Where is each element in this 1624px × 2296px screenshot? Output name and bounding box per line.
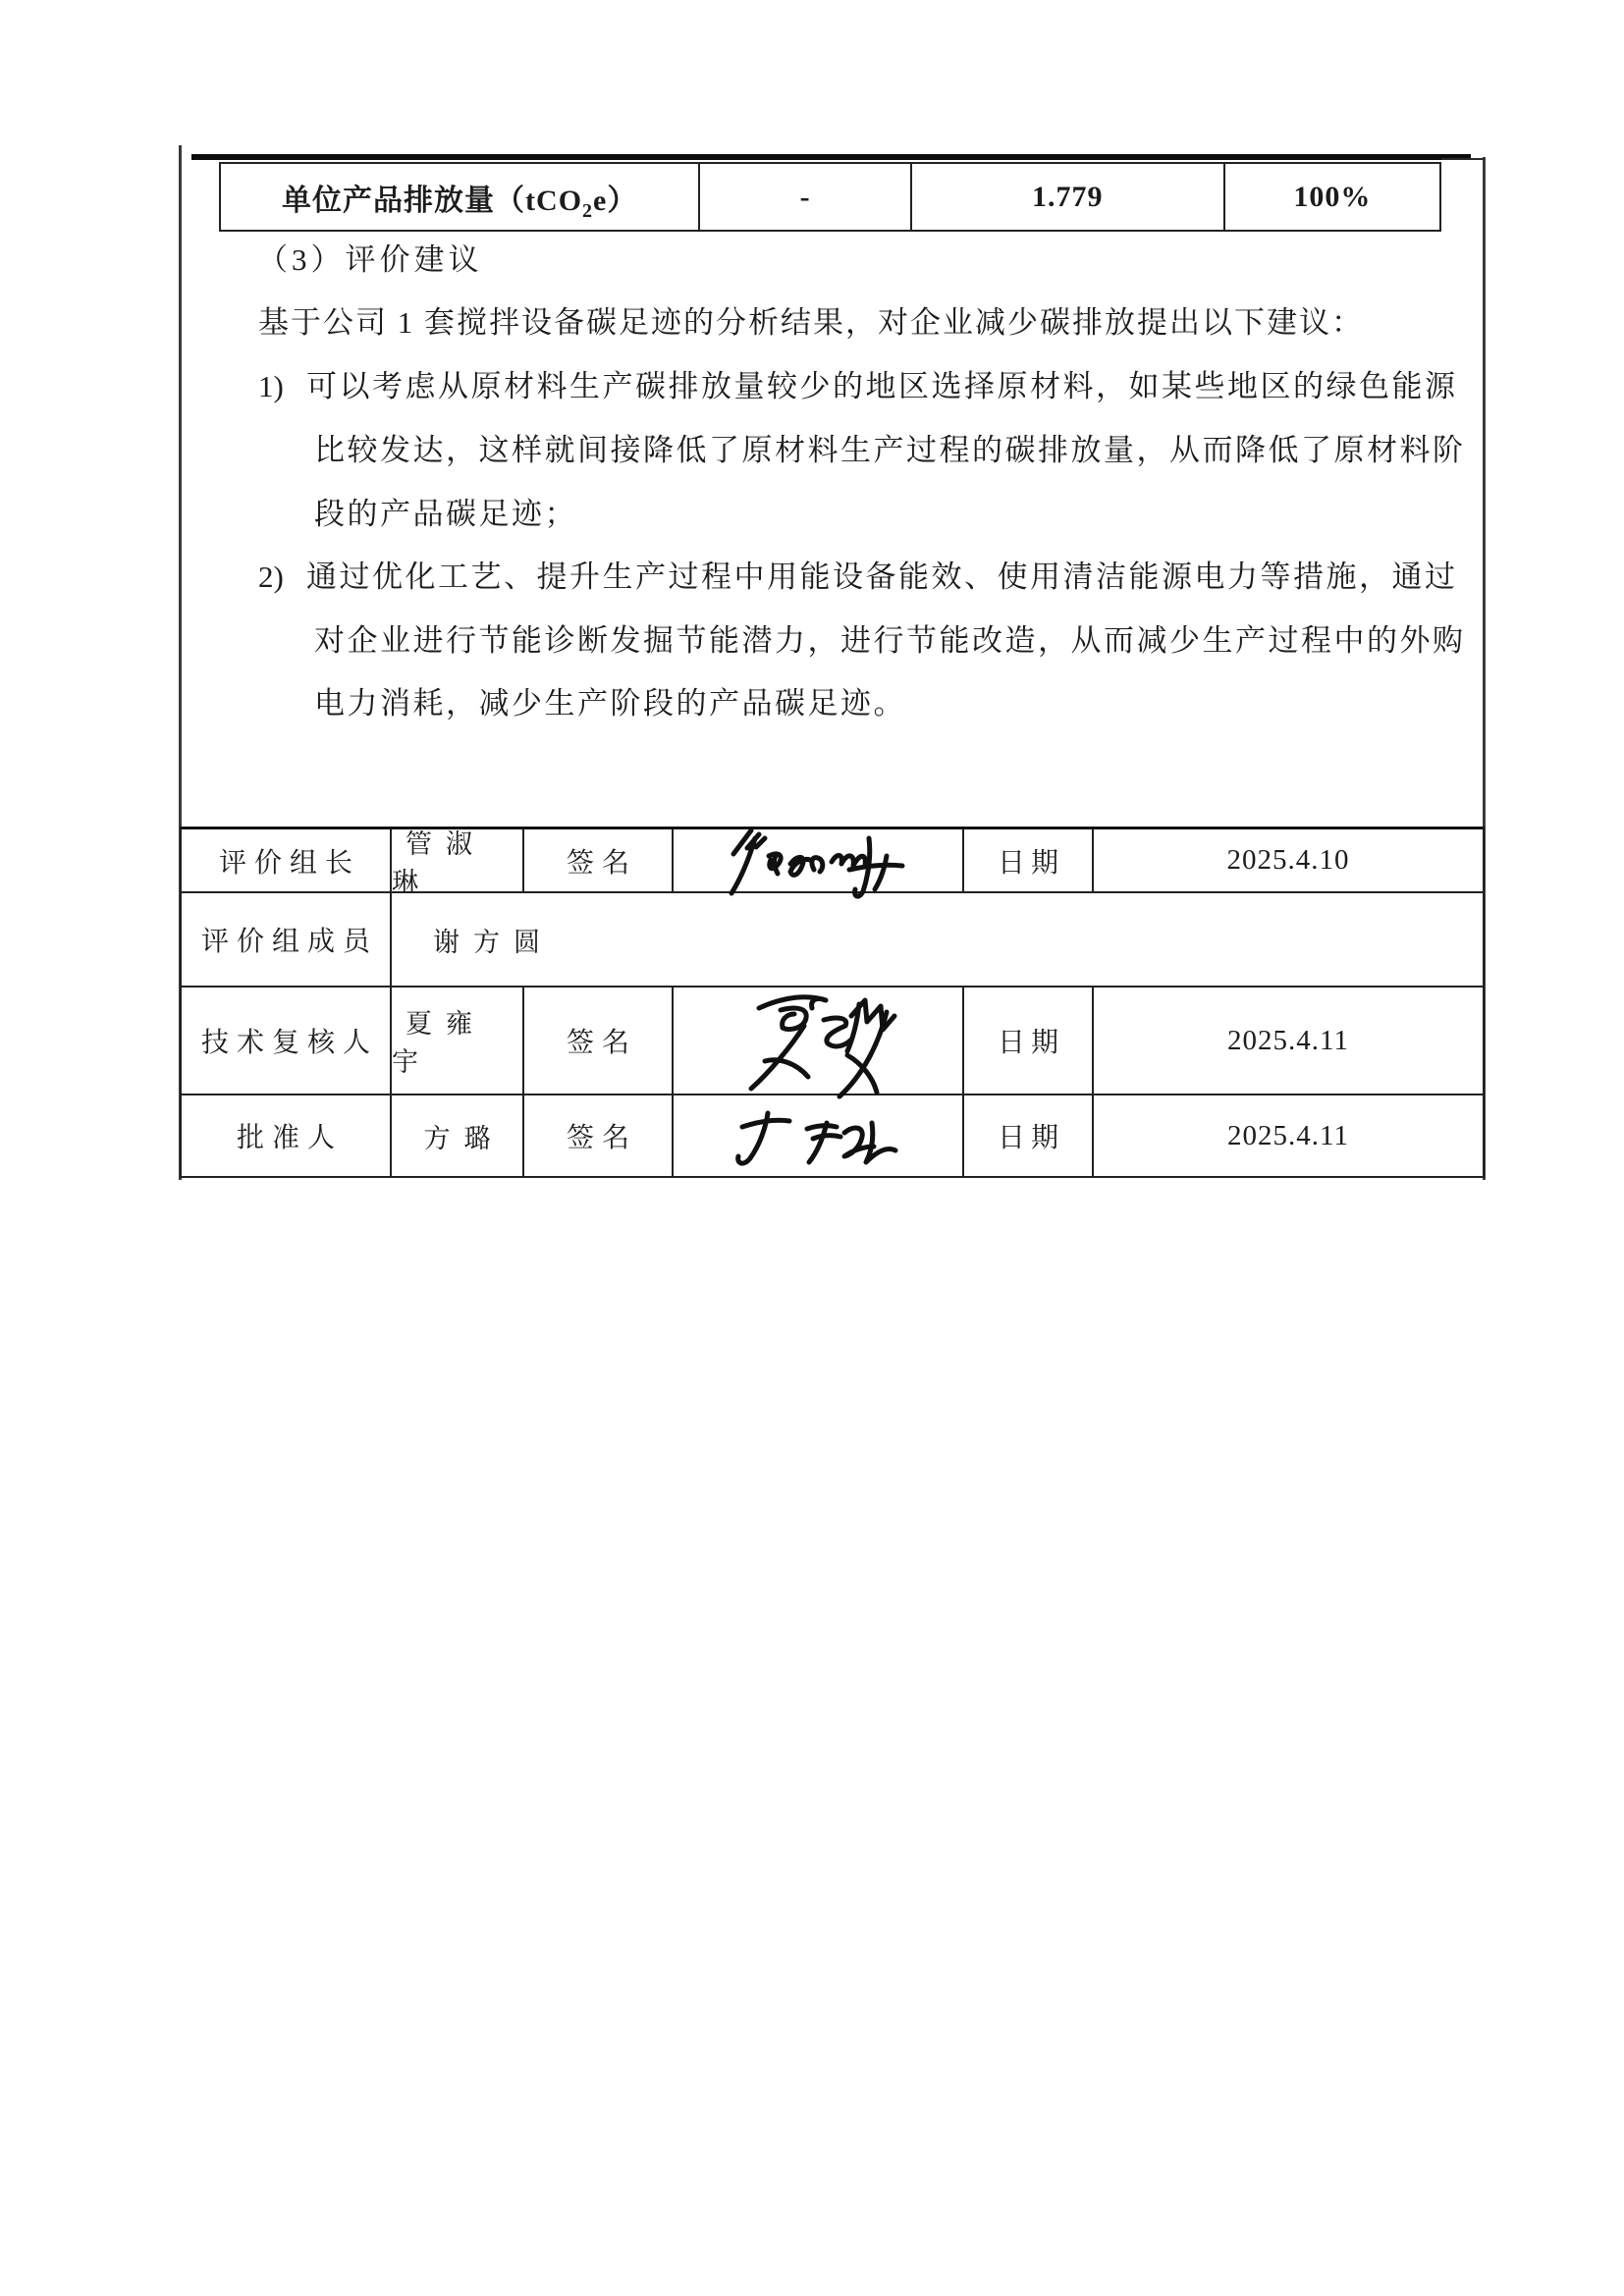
row2-name: 谢方圆 (419, 921, 554, 959)
row4-name-cell: 方璐 (392, 1095, 524, 1176)
intro-line: 基于公司 1 套搅拌设备碳足迹的分析结果，对企业减少碳排放提出以下建议： (258, 306, 1364, 340)
summary-label: 单位产品排放量（tCO2e） (282, 176, 637, 219)
item1-line1: 1)可以考虑从原材料生产碳排放量较少的地区选择原材料，如某些地区的绿色能源 (258, 370, 1458, 403)
row3-name-cell: 夏雍宇 (392, 988, 524, 1094)
section-heading: （3）评价建议 (257, 243, 483, 277)
row3-date: 2025.4.11 (1227, 1025, 1349, 1057)
summary-col3-value: 1.779 (1032, 181, 1104, 214)
row3-sign-label: 签名 (559, 1021, 637, 1060)
item2-text1: 通过优化工艺、提升生产过程中用能设备能效、使用清洁能源电力等措施，通过 (306, 560, 1458, 594)
row3-date-label-cell: 日期 (964, 988, 1094, 1094)
scanned-report-page: 单位产品排放量（tCO2e） - 1.779 100% （3）评价建议 基于公司… (0, 0, 1624, 2296)
table-top-thick-border (191, 154, 1471, 160)
row4-sign-label: 签名 (559, 1116, 637, 1155)
summary-col2-cell: - (700, 164, 911, 230)
item1-text1: 可以考虑从原材料生产碳排放量较少的地区选择原材料，如某些地区的绿色能源 (306, 369, 1458, 403)
row4-date-label-cell: 日期 (964, 1095, 1094, 1176)
signature-guan-shulin (722, 827, 913, 900)
row3-role-cell: 技术复核人 (182, 988, 392, 1094)
summary-table-row: 单位产品排放量（tCO2e） - 1.779 100% (219, 162, 1441, 232)
row4-date-label: 日期 (992, 1116, 1064, 1155)
row1-name-cell: 管淑琳 (392, 829, 524, 891)
item1-line2: 比较发达，这样就间接降低了原材料生产过程的碳排放量，从而降低了原材料阶 (314, 434, 1466, 467)
row2-role: 评价组成员 (193, 920, 378, 959)
row4-role: 批准人 (229, 1116, 343, 1155)
row3-date-cell: 2025.4.11 (1094, 988, 1483, 1094)
row1-date-cell: 2025.4.10 (1094, 829, 1483, 891)
summary-col4-value: 100% (1293, 181, 1371, 214)
row2-name-cell: 谢方圆 (392, 893, 1483, 986)
summary-col4-cell: 100% (1225, 164, 1439, 230)
row1-date-label: 日期 (992, 841, 1064, 881)
item2-line3: 电力消耗，减少生产阶段的产品碳足迹。 (314, 687, 906, 721)
summary-col3-cell: 1.779 (912, 164, 1225, 230)
row4-sign-label-cell: 签名 (524, 1095, 674, 1176)
row1-date-label-cell: 日期 (964, 829, 1094, 891)
row1-name: 管淑琳 (392, 823, 522, 899)
item2-line2: 对企业进行节能诊断发掘节能潜力，进行节能改造，从而减少生产过程中的外购 (314, 624, 1466, 658)
summary-col2-value: - (800, 181, 811, 214)
row1-sign-label: 签名 (559, 841, 637, 881)
item2-line1: 2)通过优化工艺、提升生产过程中用能设备能效、使用清洁能源电力等措施，通过 (258, 561, 1458, 594)
summary-label-cell: 单位产品排放量（tCO2e） (221, 164, 700, 230)
table-top-right-joint (1441, 158, 1485, 160)
row4-name: 方璐 (410, 1117, 505, 1155)
signature-fang-lu (725, 1107, 901, 1171)
item1-line3: 段的产品碳足迹； (314, 498, 577, 531)
row2-role-cell: 评价组成员 (182, 893, 392, 986)
item2-number: 2) (258, 561, 306, 594)
row3-sign-label-cell: 签名 (524, 988, 674, 1094)
row1-sign-label-cell: 签名 (524, 829, 674, 891)
subscript-2: 2 (582, 200, 593, 222)
table-row: 评价组成员 谢方圆 (182, 893, 1483, 988)
signature-xia-yongyu (722, 987, 908, 1102)
row1-date: 2025.4.10 (1227, 844, 1350, 877)
row1-role: 评价组长 (211, 841, 360, 881)
row1-role-cell: 评价组长 (182, 829, 392, 891)
row4-date: 2025.4.11 (1227, 1120, 1349, 1152)
row3-role: 技术复核人 (193, 1021, 378, 1060)
row4-date-cell: 2025.4.11 (1094, 1095, 1483, 1176)
row4-role-cell: 批准人 (182, 1095, 392, 1176)
row3-name: 夏雍宇 (392, 1002, 522, 1079)
item1-number: 1) (258, 370, 306, 403)
row3-date-label: 日期 (992, 1021, 1064, 1060)
